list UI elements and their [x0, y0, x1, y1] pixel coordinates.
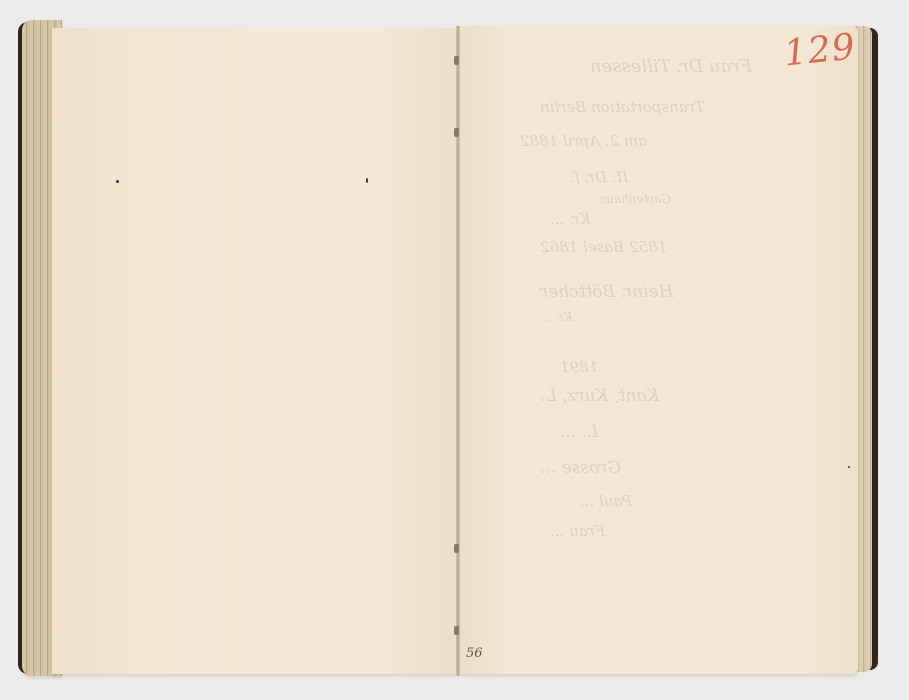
bleed-through-line: Kr. ... [540, 310, 572, 324]
bleed-through-line: Frau Dr. Tillessen [590, 56, 752, 77]
paper-speck [116, 180, 119, 183]
bleed-through-line: L. ... [560, 422, 598, 442]
bleed-through-line: Paul ... [580, 492, 632, 510]
binding-stitch [454, 56, 459, 65]
bleed-through-line: Gartenhaus [600, 192, 671, 206]
left-page [52, 28, 458, 674]
bleed-through-line: Transportation Berlin [540, 98, 705, 116]
binding-stitch [454, 544, 459, 553]
page-number: 56 [466, 646, 483, 661]
bleed-through-line: 1852 Basel 1862 [540, 238, 667, 256]
bleed-through-line: Kant, Kurz, L. [540, 386, 659, 406]
bleed-through-line: am 2. April 1882 [520, 132, 647, 150]
binding-stitch [454, 626, 459, 635]
paper-speck [848, 466, 850, 468]
paper-speck [366, 178, 368, 183]
binding-stitch [454, 128, 459, 137]
folio-number: 129 [782, 26, 858, 74]
bleed-through-line: II. Dr. f. [570, 168, 628, 186]
binding-gutter [456, 26, 460, 676]
right-page: Frau Dr. Tillessen Transportation Berlin… [460, 26, 858, 674]
bleed-through-line: 1891 [560, 358, 598, 376]
notebook-scan: Frau Dr. Tillessen Transportation Berlin… [0, 0, 909, 700]
bleed-through-line: Frau ... [550, 522, 605, 540]
bleed-through-line: Grosse ... [540, 458, 621, 478]
bleed-through-line: Heinr. Böttcher [540, 282, 673, 302]
bleed-through-line: Kr. ... [550, 210, 591, 228]
